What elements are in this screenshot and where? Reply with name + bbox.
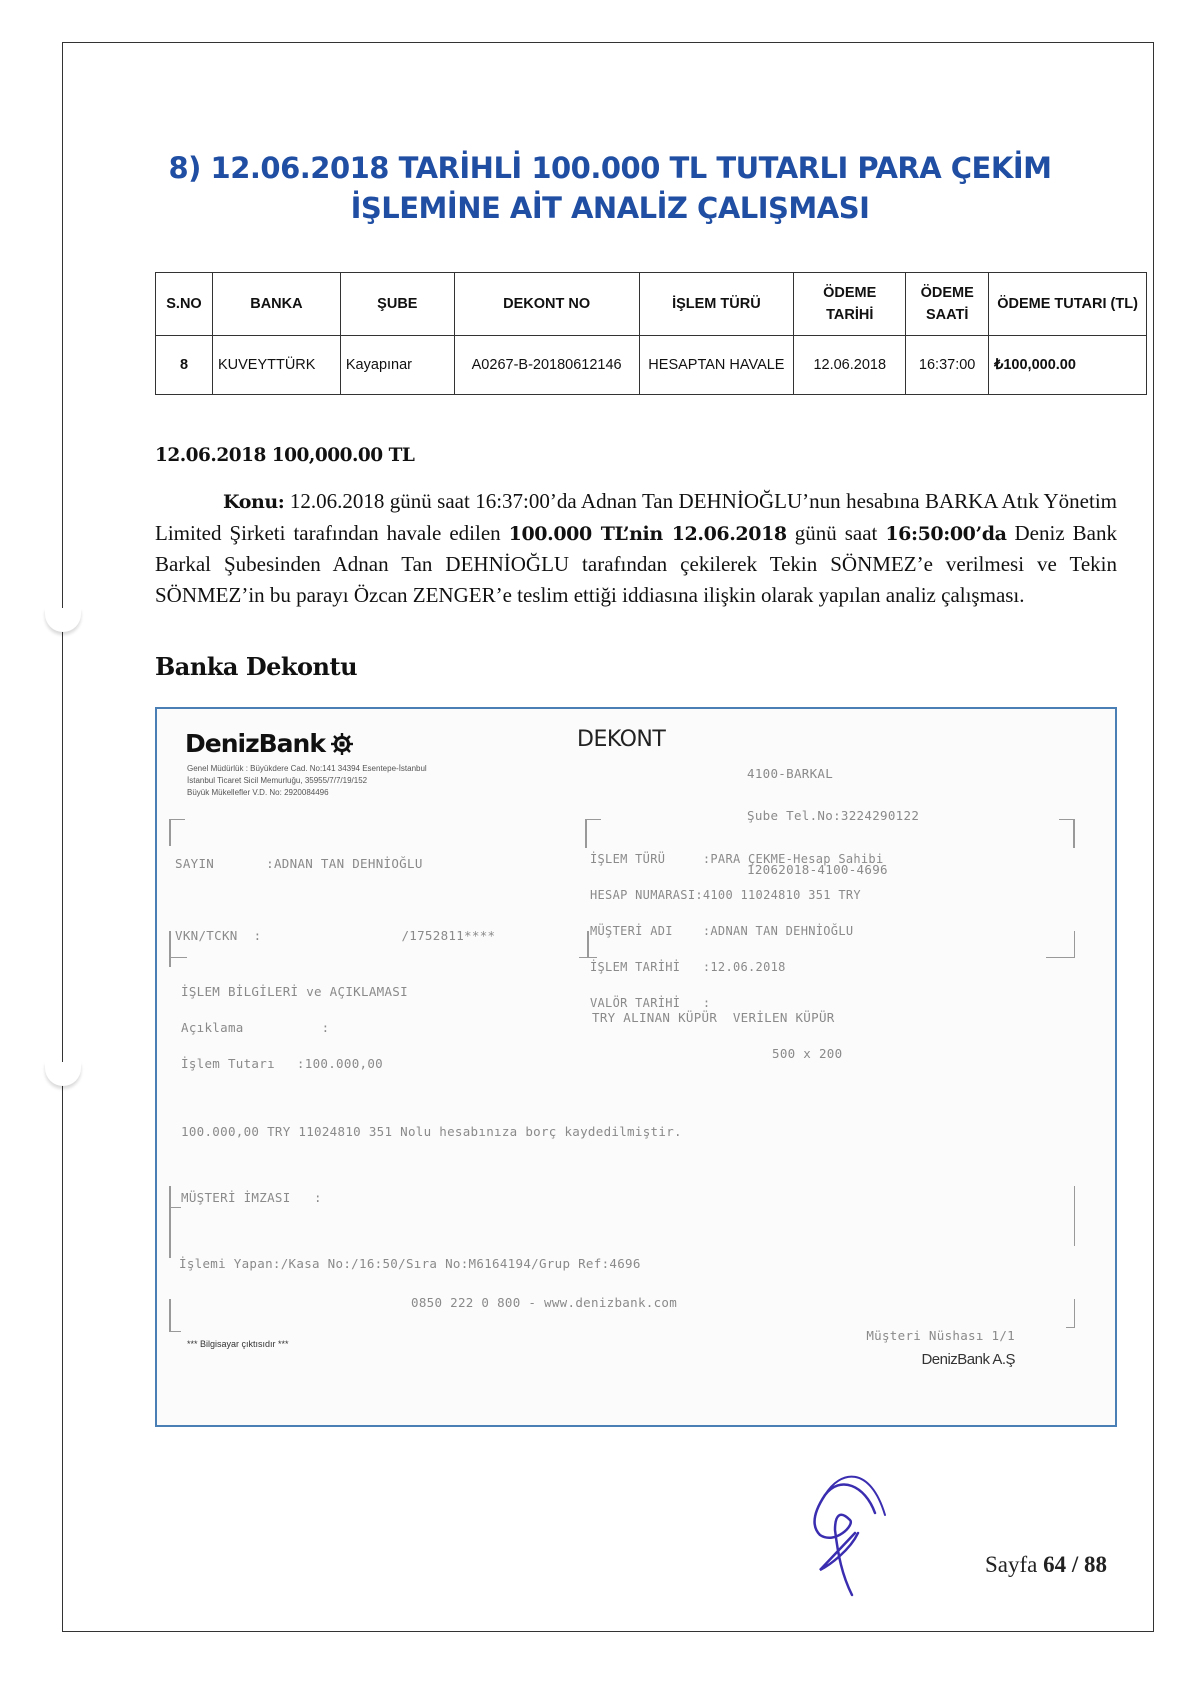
aciklama-label: Açıklama	[181, 1020, 244, 1035]
bank-address: Genel Müdürlük : Büyükdere Cad. No:141 3…	[187, 763, 427, 799]
bracket-mark	[169, 1186, 171, 1258]
copy-label: Müşteri Nüshası 1/1	[866, 1329, 1015, 1343]
address-line: İstanbul Ticaret Sicil Memurluğu, 35955/…	[187, 775, 427, 787]
company-name: DenizBank A.Ş	[921, 1351, 1015, 1368]
cell-islem-turu: HESAPTAN HAVALE	[639, 336, 794, 395]
denomination-header: TRY ALINAN KÜPÜR VERİLEN KÜPÜR	[592, 1012, 842, 1024]
cell-odeme-tarihi: 12.06.2018	[794, 336, 906, 395]
bracket-mark	[587, 931, 589, 957]
page-current: 64	[1043, 1552, 1066, 1577]
customer-block: SAYIN:ADNAN TAN DEHNİOĞLU VKN/TCKN:/1752…	[175, 829, 495, 971]
section-subheading: 12.06.2018 100,000.00 TL	[155, 445, 414, 466]
bracket-mark	[169, 957, 187, 958]
ship-wheel-icon	[330, 732, 354, 756]
bank-receipt: DenizBank Genel Müdürlük : Büyükdere Cad…	[155, 707, 1117, 1427]
cell-sube: Kayapınar	[340, 336, 454, 395]
bank-name: DenizBank	[185, 729, 325, 758]
detail-row: İŞLEM TÜRÜ :PARA ÇEKME-Hesap Sahibi	[590, 853, 883, 865]
sayin-value: :ADNAN TAN DEHNİOĞLU	[266, 856, 423, 871]
konu-label: Konu:	[223, 491, 284, 513]
denomination-info: TRY ALINAN KÜPÜR VERİLEN KÜPÜR 500 x 200	[592, 988, 842, 1084]
detail-label: İŞLEM TÜRÜ	[590, 852, 703, 866]
printout-tag: *** Bilgisayar çıktısıdır ***	[187, 1339, 289, 1349]
col-header: ÖDEME TARİHİ	[794, 273, 906, 336]
page-label: Sayfa	[985, 1552, 1037, 1577]
info-heading: İŞLEM BİLGİLERİ ve AÇIKLAMASI	[181, 986, 408, 998]
col-header: BANKA	[212, 273, 340, 336]
page-title: 8) 12.06.2018 TARİHLİ 100.000 TL TUTARLI…	[150, 148, 1070, 228]
col-header: ÖDEME SAATİ	[906, 273, 989, 336]
vkn-value: /1752811****	[401, 928, 495, 943]
detail-row: İŞLEM TARİHİ :12.06.2018	[590, 961, 883, 973]
denomination-value: 500 x 200	[592, 1048, 842, 1060]
bracket-mark	[579, 957, 597, 958]
page-separator: /	[1066, 1552, 1084, 1577]
signature-icon	[800, 1465, 920, 1615]
branch-name: 4100-BARKAL	[747, 767, 919, 781]
bracket-mark	[1074, 1186, 1075, 1246]
transaction-info: İŞLEM BİLGİLERİ ve AÇIKLAMASI Açıklama: …	[181, 962, 408, 1094]
branch-phone: Şube Tel.No:3224290122	[747, 809, 919, 823]
paragraph-text: günü saat	[787, 521, 886, 545]
col-header: ŞUBE	[340, 273, 454, 336]
detail-label: İŞLEM TARİHİ	[590, 960, 703, 974]
col-header: ÖDEME TUTARI (TL)	[989, 273, 1147, 336]
bracket-mark	[1066, 1299, 1075, 1328]
table-row: 8 KUVEYTTÜRK Kayapınar A0267-B-201806121…	[156, 336, 1147, 395]
page-number: Sayfa 64 / 88	[985, 1552, 1107, 1578]
cell-sno: 8	[156, 336, 213, 395]
detail-value: :4100 11024810 351 TRY	[695, 888, 861, 902]
operator-line: İşlemi Yapan:/Kasa No:/16:50/Sıra No:M61…	[179, 1257, 677, 1270]
col-header: İŞLEM TÜRÜ	[639, 273, 794, 336]
detail-row: MÜŞTERİ ADI :ADNAN TAN DEHNİOĞLU	[590, 925, 883, 937]
bracket-mark	[169, 1299, 181, 1332]
detail-label: MÜŞTERİ ADI	[590, 924, 703, 938]
cell-odeme-tutari: ₺100,000.00	[989, 336, 1147, 395]
col-header: S.NO	[156, 273, 213, 336]
detail-value: :PARA ÇEKME-Hesap Sahibi	[703, 852, 884, 866]
konu-paragraph: Konu: 12.06.2018 günü saat 16:37:00’da A…	[155, 486, 1117, 610]
detail-label: HESAP NUMARASI	[590, 888, 695, 902]
paragraph-emphasis: 100.000 TL’nin 12.06.2018	[509, 523, 787, 545]
title-line-2: İŞLEMİNE AİT ANALİZ ÇALIŞMASI	[150, 188, 1070, 228]
detail-row: HESAP NUMARASI:4100 11024810 351 TRY	[590, 889, 883, 901]
sayin-label: SAYIN	[175, 856, 214, 871]
detail-value: :12.06.2018	[703, 960, 786, 974]
tutar-value: :100.000,00	[297, 1056, 383, 1071]
paragraph-emphasis: 16:50:00’da	[885, 523, 1006, 545]
receipt-heading: Banka Dekontu	[155, 652, 357, 681]
debit-note: 100.000,00 TRY 11024810 351 Nolu hesabın…	[181, 1125, 682, 1139]
bank-logo: DenizBank	[185, 729, 354, 758]
page-total: 88	[1084, 1552, 1107, 1577]
bracket-mark	[1046, 931, 1075, 958]
vkn-separator: :	[254, 928, 262, 943]
operator-info: İşlemi Yapan:/Kasa No:/16:50/Sıra No:M61…	[179, 1231, 677, 1335]
address-line: Büyük Mükellefler V.D. No: 2920084496	[187, 787, 427, 799]
transaction-table: S.NO BANKA ŞUBE DEKONT NO İŞLEM TÜRÜ ÖDE…	[155, 272, 1147, 395]
signature-label: MÜŞTERİ İMZASI :	[181, 1191, 322, 1205]
title-line-1: 8) 12.06.2018 TARİHLİ 100.000 TL TUTARLI…	[150, 148, 1070, 188]
bracket-mark	[1059, 819, 1075, 848]
address-line: Genel Müdürlük : Büyükdere Cad. No:141 3…	[187, 763, 427, 775]
table-header-row: S.NO BANKA ŞUBE DEKONT NO İŞLEM TÜRÜ ÖDE…	[156, 273, 1147, 336]
bracket-mark	[169, 1207, 181, 1208]
col-header: DEKONT NO	[454, 273, 639, 336]
aciklama-value: :	[322, 1020, 330, 1035]
cell-banka: KUVEYTTÜRK	[212, 336, 340, 395]
cell-odeme-saati: 16:37:00	[906, 336, 989, 395]
detail-value: :ADNAN TAN DEHNİOĞLU	[703, 924, 854, 938]
cell-dekont-no: A0267-B-20180612146	[454, 336, 639, 395]
tutar-label: İşlem Tutarı	[181, 1056, 275, 1071]
receipt-type: DEKONT	[577, 727, 665, 752]
contact-line: 0850 222 0 800 - www.denizbank.com	[179, 1296, 677, 1309]
